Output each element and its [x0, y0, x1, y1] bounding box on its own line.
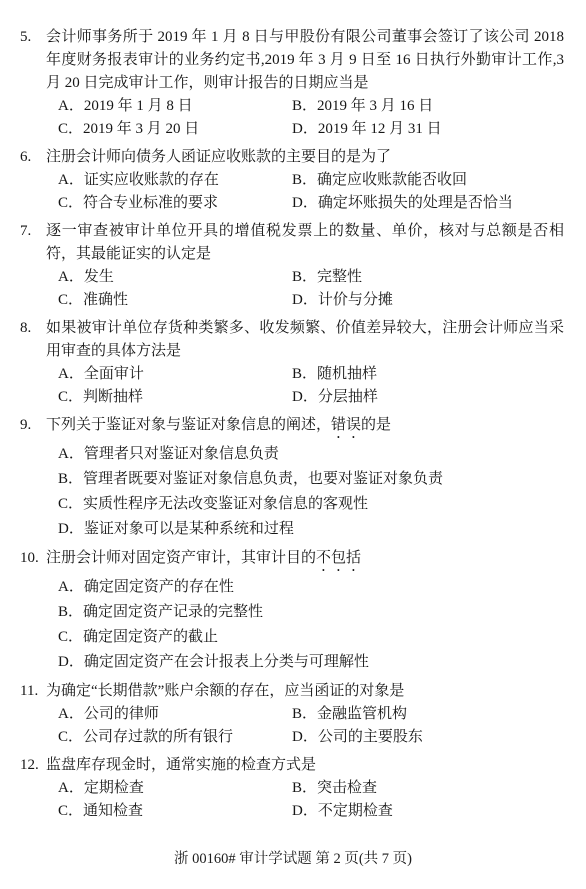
option-row: A．全面审计B．随机抽样 [46, 363, 564, 386]
option: A．公司的律师 [58, 703, 292, 726]
question-block: 11.为确定“长期借款”账户余额的存在，应当函证的对象是A．公司的律师B．金融监… [20, 680, 564, 749]
option: C．实质性程序无法改变鉴证对象信息的客观性 [58, 492, 564, 517]
question-number: 6. [20, 146, 46, 215]
option: B．2019 年 3 月 16 日 [292, 95, 564, 118]
stem-text: 下列关于鉴证对象与鉴证对象信息的阐述， [46, 417, 331, 433]
question-stem: 监盘库存现金时，通常实施的检查方式是 [46, 754, 564, 777]
stem-text: 会计师事务所于 2019 年 1 月 8 日与甲股份有限公司董事会签订了该公司 … [46, 29, 564, 91]
option: A．管理者只对鉴证对象信息负责 [58, 442, 564, 467]
option: D．计价与分摊 [292, 289, 564, 312]
stem-text: 注册会计师对固定资产审计，其审计目的 [46, 550, 316, 566]
option: D．确定固定资产在会计报表上分类与可理解性 [58, 650, 564, 675]
question-block: 10.注册会计师对固定资产审计，其审计目的不包括A．确定固定资产的存在性B．确定… [20, 547, 564, 675]
question-body: 下列关于鉴证对象与鉴证对象信息的阐述，错误的是A．管理者只对鉴证对象信息负责B．… [46, 414, 564, 542]
option: A．确定固定资产的存在性 [58, 575, 564, 600]
question-number: 12. [20, 754, 46, 823]
stem-text: 如果被审计单位存货种类繁多、收发频繁、价值差异较大，注册会计师应当采用审查的具体… [46, 320, 564, 359]
option: A．定期检查 [58, 777, 292, 800]
page-footer: 浙 00160# 审计学试题 第 2 页(共 7 页) [0, 848, 586, 871]
question-number: 9. [20, 414, 46, 542]
exam-page: 5.会计师事务所于 2019 年 1 月 8 日与甲股份有限公司董事会签订了该公… [0, 0, 586, 889]
option: B．随机抽样 [292, 363, 564, 386]
stem-text: 逐一审查被审计单位开具的增值税发票上的数量、单价，核对与总额是否相符，其最能证实… [46, 223, 564, 262]
option: D．不定期检查 [292, 800, 564, 823]
option: C．通知检查 [58, 800, 292, 823]
question-stem: 注册会计师对固定资产审计，其审计目的不包括 [46, 547, 564, 575]
option: D．分层抽样 [292, 386, 564, 409]
option: C．准确性 [58, 289, 292, 312]
question-stem: 逐一审查被审计单位开具的增值税发票上的数量、单价，核对与总额是否相符，其最能证实… [46, 220, 564, 266]
question-body: 监盘库存现金时，通常实施的检查方式是A．定期检查B．突击检查C．通知检查D．不定… [46, 754, 564, 823]
option-row: C．判断抽样D．分层抽样 [46, 386, 564, 409]
question-body: 为确定“长期借款”账户余额的存在，应当函证的对象是A．公司的律师B．金融监管机构… [46, 680, 564, 749]
option-row: A．发生B．完整性 [46, 266, 564, 289]
stem-text: 监盘库存现金时，通常实施的检查方式是 [46, 757, 316, 773]
option: D．2019 年 12 月 31 日 [292, 118, 564, 141]
option: B．管理者既要对鉴证对象信息负责，也要对鉴证对象负责 [58, 467, 564, 492]
questions: 5.会计师事务所于 2019 年 1 月 8 日与甲股份有限公司董事会签订了该公… [20, 26, 564, 823]
option: B．完整性 [292, 266, 564, 289]
option: C．公司存过款的所有银行 [58, 726, 292, 749]
option: D．公司的主要股东 [292, 726, 564, 749]
question-block: 8.如果被审计单位存货种类繁多、收发频繁、价值差异较大，注册会计师应当采用审查的… [20, 317, 564, 409]
question-body: 逐一审查被审计单位开具的增值税发票上的数量、单价，核对与总额是否相符，其最能证实… [46, 220, 564, 312]
option-row: C．公司存过款的所有银行D．公司的主要股东 [46, 726, 564, 749]
option-row: A．证实应收账款的存在B．确定应收账款能否收回 [46, 169, 564, 192]
option: A．2019 年 1 月 8 日 [58, 95, 292, 118]
option: B．确定固定资产记录的完整性 [58, 600, 564, 625]
option: C．符合专业标准的要求 [58, 192, 292, 215]
option: A．发生 [58, 266, 292, 289]
question-stem: 下列关于鉴证对象与鉴证对象信息的阐述，错误的是 [46, 414, 564, 442]
stem-text: 为确定“长期借款”账户余额的存在，应当函证的对象是 [46, 683, 404, 699]
option: A．证实应收账款的存在 [58, 169, 292, 192]
stem-text: 注册会计师向债务人函证应收账款的主要目的是为了 [46, 149, 391, 165]
option-row: C．2019 年 3 月 20 日D．2019 年 12 月 31 日 [46, 118, 564, 141]
option-row: A．2019 年 1 月 8 日B．2019 年 3 月 16 日 [46, 95, 564, 118]
question-stem: 会计师事务所于 2019 年 1 月 8 日与甲股份有限公司董事会签订了该公司 … [46, 26, 564, 95]
option: C．2019 年 3 月 20 日 [58, 118, 292, 141]
question-number: 11. [20, 680, 46, 749]
question-number: 7. [20, 220, 46, 312]
question-stem: 注册会计师向债务人函证应收账款的主要目的是为了 [46, 146, 564, 169]
option-row: C．符合专业标准的要求D．确定坏账损失的处理是否恰当 [46, 192, 564, 215]
question-body: 会计师事务所于 2019 年 1 月 8 日与甲股份有限公司董事会签订了该公司 … [46, 26, 564, 141]
emphasized-text: 不包括 [316, 550, 361, 566]
stem-text: 的是 [361, 417, 391, 433]
option: D．确定坏账损失的处理是否恰当 [292, 192, 564, 215]
question-block: 7.逐一审查被审计单位开具的增值税发票上的数量、单价，核对与总额是否相符，其最能… [20, 220, 564, 312]
question-stem: 如果被审计单位存货种类繁多、收发频繁、价值差异较大，注册会计师应当采用审查的具体… [46, 317, 564, 363]
question-number: 10. [20, 547, 46, 675]
question-block: 9.下列关于鉴证对象与鉴证对象信息的阐述，错误的是A．管理者只对鉴证对象信息负责… [20, 414, 564, 542]
option: C．确定固定资产的截止 [58, 625, 564, 650]
option-row: C．通知检查D．不定期检查 [46, 800, 564, 823]
option: A．全面审计 [58, 363, 292, 386]
option: B．确定应收账款能否收回 [292, 169, 564, 192]
question-body: 注册会计师对固定资产审计，其审计目的不包括A．确定固定资产的存在性B．确定固定资… [46, 547, 564, 675]
option-row: A．定期检查B．突击检查 [46, 777, 564, 800]
question-stem: 为确定“长期借款”账户余额的存在，应当函证的对象是 [46, 680, 564, 703]
question-block: 5.会计师事务所于 2019 年 1 月 8 日与甲股份有限公司董事会签订了该公… [20, 26, 564, 141]
option: C．判断抽样 [58, 386, 292, 409]
question-body: 注册会计师向债务人函证应收账款的主要目的是为了A．证实应收账款的存在B．确定应收… [46, 146, 564, 215]
option-row: A．公司的律师B．金融监管机构 [46, 703, 564, 726]
question-body: 如果被审计单位存货种类繁多、收发频繁、价值差异较大，注册会计师应当采用审查的具体… [46, 317, 564, 409]
question-number: 8. [20, 317, 46, 409]
option: B．突击检查 [292, 777, 564, 800]
emphasized-text: 错误 [331, 417, 361, 433]
option-row: C．准确性D．计价与分摊 [46, 289, 564, 312]
question-block: 6.注册会计师向债务人函证应收账款的主要目的是为了A．证实应收账款的存在B．确定… [20, 146, 564, 215]
option: D．鉴证对象可以是某种系统和过程 [58, 517, 564, 542]
option: B．金融监管机构 [292, 703, 564, 726]
question-number: 5. [20, 26, 46, 141]
question-block: 12.监盘库存现金时，通常实施的检查方式是A．定期检查B．突击检查C．通知检查D… [20, 754, 564, 823]
